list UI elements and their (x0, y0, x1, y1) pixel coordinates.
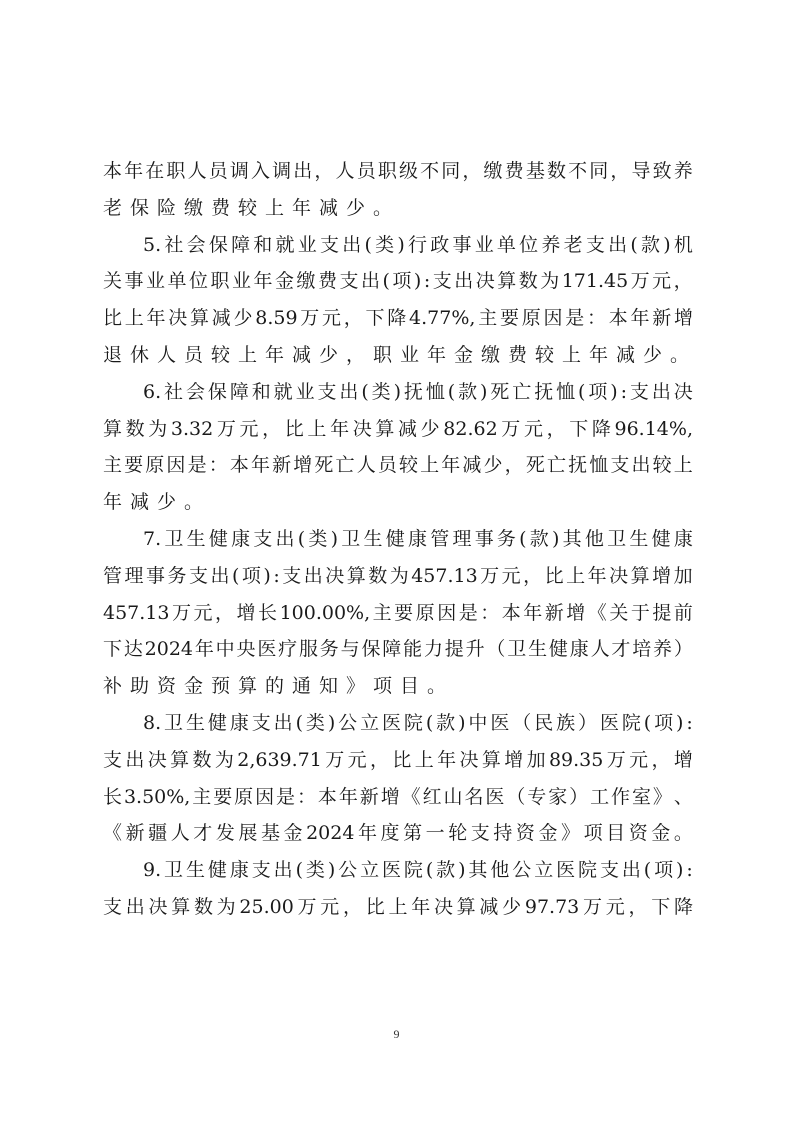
text-line: 长3.50%,主要原因是：本年新增《红山名医（专家）工作室》、 (103, 779, 693, 816)
text-line: 6.社会保障和就业支出(类)抚恤(款)死亡抚恤(项):支出决 (103, 374, 693, 411)
text-line: 比上年决算减少8.59万元，下降4.77%,主要原因是：本年新增 (103, 300, 693, 337)
text-line: 7.卫生健康支出(类)卫生健康管理事务(款)其他卫生健康 (103, 521, 693, 558)
text-line: 算数为3.32万元，比上年决算减少82.62万元，下降96.14%, (103, 411, 693, 448)
text-line: 支出决算数为25.00万元，比上年决算减少97.73万元，下降 (103, 889, 693, 926)
text-line: 9.卫生健康支出(类)公立医院(款)其他公立医院支出(项): (103, 852, 693, 889)
text-line: 老保险缴费较上年减少。 (103, 190, 693, 227)
text-line: 457.13万元，增长100.00%,主要原因是：本年新增《关于提前 (103, 595, 693, 632)
text-line: 退休人员较上年减少，职业年金缴费较上年减少。 (103, 337, 693, 374)
text-line: 关事业单位职业年金缴费支出(项):支出决算数为171.45万元， (103, 263, 693, 300)
text-line: 支出决算数为2,639.71万元，比上年决算增加89.35万元，增 (103, 742, 693, 779)
document-body: 本年在职人员调入调出，人员职级不同，缴费基数不同，导致养 老保险缴费较上年减少。… (103, 153, 693, 926)
text-line: 补助资金预算的通知》项目。 (103, 668, 693, 705)
text-line: 5.社会保障和就业支出(类)行政事业单位养老支出(款)机 (103, 227, 693, 264)
text-line: 8.卫生健康支出(类)公立医院(款)中医（民族）医院(项): (103, 705, 693, 742)
text-line: 《新疆人才发展基金2024年度第一轮支持资金》项目资金。 (103, 815, 693, 852)
text-line: 年减少。 (103, 484, 693, 521)
text-line: 主要原因是：本年新增死亡人员较上年减少，死亡抚恤支出较上 (103, 447, 693, 484)
page-number: 9 (0, 1027, 793, 1042)
text-line: 下达2024年中央医疗服务与保障能力提升（卫生健康人才培养） (103, 631, 693, 668)
text-line: 管理事务支出(项):支出决算数为457.13万元，比上年决算增加 (103, 558, 693, 595)
text-line: 本年在职人员调入调出，人员职级不同，缴费基数不同，导致养 (103, 153, 693, 190)
